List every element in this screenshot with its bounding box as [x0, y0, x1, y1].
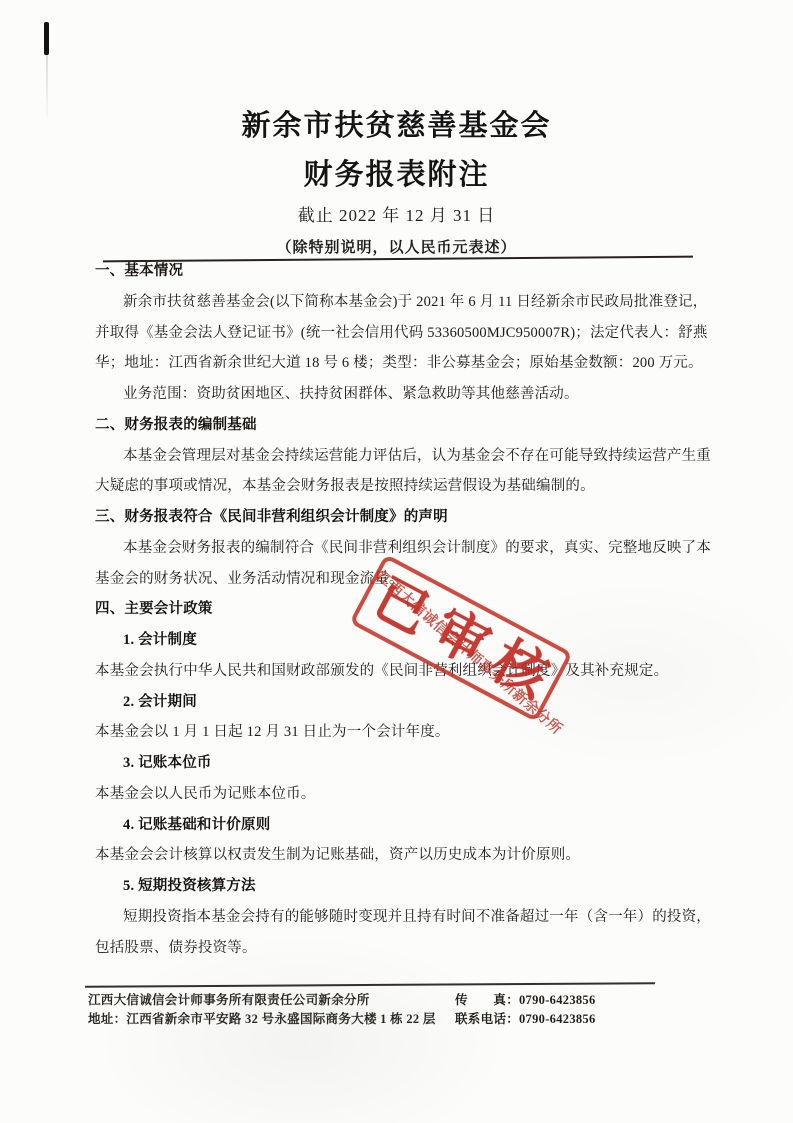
doc-line: 本基金会会计核算以权责发生制为记账基础，资产以历史成本为计价原则。 [95, 840, 710, 871]
currency-note-line: （除特别说明，以人民币元表述） [0, 236, 793, 257]
report-date-line: 截止 2022 年 12 月 31 日 [0, 201, 793, 226]
doc-line: 2. 会计期间 [95, 687, 710, 718]
footer-firm-name: 江西大信诚信会计师事务所有限责任公司新余分所 [88, 991, 468, 1010]
footer-firm-address: 地址：江西省新余市平安路 32 号永盛国际商务大楼 1 栋 22 层 [88, 1010, 468, 1029]
document-subtitle: 财务报表附注 [0, 152, 793, 193]
doc-line: 三、财务报表符合《民间非营利组织会计制度》的声明 [95, 502, 710, 533]
doc-line: 一、基本情况 [95, 256, 710, 287]
scan-artifact-mark [44, 22, 49, 55]
doc-line: 业务范围：资助贫困地区、扶持贫困群体、紧急救助等其他慈善活动。 [95, 379, 710, 410]
doc-line: 二、财务报表的编制基础 [95, 410, 710, 441]
footer-firm-block: 江西大信诚信会计师事务所有限责任公司新余分所 地址：江西省新余市平安路 32 号… [88, 991, 468, 1029]
footer-fax: 传 真：0790-6423856 [455, 991, 705, 1010]
doc-line: 大疑虑的事项或情况，本基金会财务报表是按照持续运营假设为基础编制的。 [95, 471, 710, 502]
doc-line: 5. 短期投资核算方法 [95, 871, 710, 902]
footer-phone: 联系电话：0790-6423856 [455, 1010, 705, 1029]
doc-line: 本基金会以 1 月 1 日起 12 月 31 日止为一个会计年度。 [95, 717, 710, 748]
doc-line: 短期投资指本基金会持有的能够随时变现并且持有时间不准备超过一年（含一年）的投资， [95, 902, 710, 933]
doc-line: 本基金会管理层对基金会持续运营能力评估后，认为基金会不存在可能导致持续运营产生重 [95, 441, 710, 472]
document-title: 新余市扶贫慈善基金会 [0, 103, 793, 144]
doc-line: 新余市扶贫慈善基金会(以下简称本基金会)于 2021 年 6 月 11 日经新余… [95, 287, 710, 318]
doc-line: 本基金会执行中华人民共和国财政部颁发的《民间非营利组织会计制度》及其补充规定。 [95, 656, 710, 687]
scanned-document-page: 新余市扶贫慈善基金会 财务报表附注 截止 2022 年 12 月 31 日 （除… [0, 0, 793, 1123]
doc-line: 本基金会财务报表的编制符合《民间非营利组织会计制度》的要求，真实、完整地反映了本 [95, 533, 710, 564]
doc-line: 包括股票、债券投资等。 [95, 933, 710, 964]
doc-line: 并取得《基金会法人登记证书》(统一社会信用代码 53360500MJC95000… [95, 318, 710, 349]
doc-line: 3. 记账本位币 [95, 748, 710, 779]
doc-line: 4. 记账基础和计价原则 [95, 810, 710, 841]
footer-contact-block: 传 真：0790-6423856 联系电话：0790-6423856 [455, 991, 705, 1029]
doc-line: 华；地址：江西省新余世纪大道 18 号 6 楼；类型：非公募基金会；原始基金数额… [95, 348, 710, 379]
doc-line: 本基金会以人民币为记账本位币。 [95, 779, 710, 810]
footer-divider [85, 982, 655, 988]
